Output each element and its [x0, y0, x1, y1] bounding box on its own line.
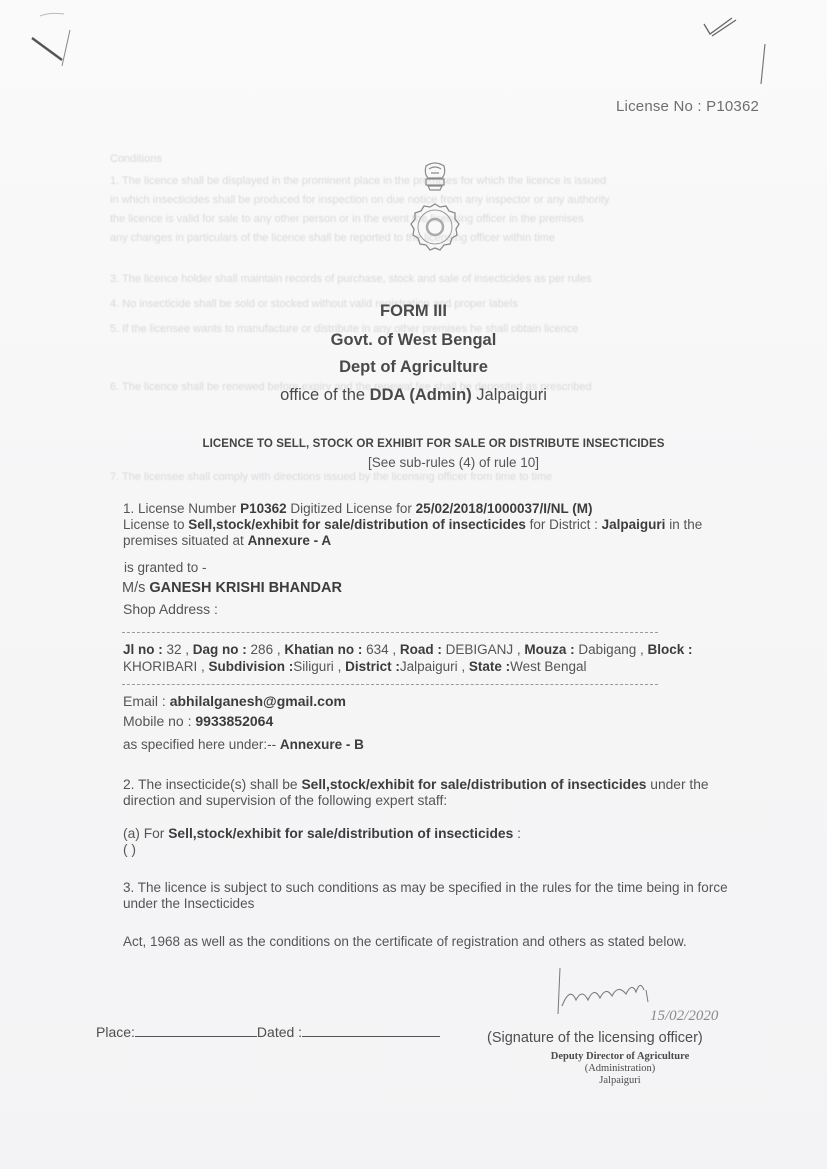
form-number: FORM III — [0, 302, 827, 321]
email-line: Email : abhilalganesh@gmail.com — [123, 693, 743, 709]
address-field-value: DEBIGANJ — [446, 642, 514, 657]
place-field — [135, 1036, 257, 1037]
license-number-value: P10362 — [240, 501, 287, 516]
address-field-value: Jalpaiguri — [400, 659, 458, 674]
government-name: Govt. of West Bengal — [0, 331, 827, 350]
pen-mark-icon — [755, 40, 775, 90]
divider — [122, 632, 658, 633]
address-field-label: District : — [345, 659, 400, 674]
licence-title: LICENCE TO SELL, STOCK OR EXHIBIT FOR SA… — [0, 438, 827, 450]
scanned-licence-page: Conditions 1. The licence shall be displ… — [0, 0, 827, 1169]
address-field-label: Subdivision : — [209, 659, 294, 674]
address-field-label: Road : — [400, 642, 446, 657]
firm-name: M/s GANESH KRISHI BHANDAR — [122, 580, 742, 596]
license-number-header: License No : P10362 — [616, 98, 759, 115]
place-dated-row: Place:Dated : — [96, 1024, 440, 1040]
granted-to-label: is granted to - — [124, 560, 744, 576]
divider — [122, 684, 658, 685]
address-field-value: 634 — [366, 642, 389, 657]
expert-staff-line: (a) For Sell,stock/exhibit for sale/dist… — [123, 826, 743, 858]
department-name: Dept of Agriculture — [0, 358, 827, 377]
signature-caption: (Signature of the licensing officer) — [487, 1030, 703, 1046]
address-field-value: Siliguri — [293, 659, 334, 674]
officer-stamp: Deputy Director of Agriculture (Administ… — [520, 1051, 720, 1087]
email-value: abhilalganesh@gmail.com — [170, 693, 346, 709]
section-2-paragraph: 2. The insecticide(s) shall be Sell,stoc… — [123, 777, 733, 809]
svg-text:15/02/2020: 15/02/2020 — [650, 1008, 719, 1024]
section-3-paragraph: 3. The licence is subject to such condit… — [123, 880, 733, 912]
address-field-label: Khatian no : — [284, 642, 366, 657]
bleed-through-text: 7. The licensee shall comply with direct… — [110, 468, 750, 487]
address-field-label: State : — [469, 659, 510, 674]
dated-field — [302, 1036, 440, 1037]
mobile-line: Mobile no : 9933852064 — [123, 713, 743, 729]
address-field-label: Dag no : — [193, 642, 251, 657]
handwritten-signature-icon: 15/02/2020 — [540, 966, 740, 1036]
address-field-value: Dabigang — [578, 642, 636, 657]
dated-label: Dated : — [257, 1024, 302, 1040]
place-label: Place: — [96, 1024, 135, 1040]
activity-value: Sell,stock/exhibit for sale/distribution… — [188, 517, 526, 532]
address-field-value: 286 — [251, 642, 274, 657]
address-field-label: Jl no : — [123, 642, 167, 657]
tick-mark-icon — [700, 12, 750, 42]
mobile-value: 9933852064 — [195, 713, 273, 729]
address-field-label: Mouza : — [524, 642, 578, 657]
section-1-paragraph: 1. License Number P10362 Digitized Licen… — [123, 501, 743, 549]
address-field-value: KHORIBARI — [123, 659, 197, 674]
shop-address-label: Shop Address : — [123, 601, 743, 617]
district-value: Jalpaiguri — [602, 517, 666, 532]
expert-staff-value: ( ) — [123, 842, 136, 857]
office-name: office of the DDA (Admin) Jalpaiguri — [0, 386, 827, 405]
digitized-reference: 25/02/2018/1000037/I/NL (M) — [416, 501, 593, 516]
national-emblem-icon — [400, 160, 470, 280]
sub-rule-reference: [See sub-rules (4) of rule 10] — [0, 455, 827, 470]
west-bengal-seal-icon — [411, 204, 459, 250]
address-field-label: Block : — [647, 642, 692, 657]
address-field-value: 32 — [167, 642, 182, 657]
annexure-b-line: as specified here under:-- Annexure - B — [123, 737, 743, 753]
pen-mark-icon — [20, 10, 100, 70]
address-field-value: West Bengal — [510, 659, 586, 674]
shop-address-value: Jl no : 32 , Dag no : 286 , Khatian no :… — [123, 641, 743, 675]
annexure-a-value: Annexure - A — [248, 533, 332, 548]
section-3-continued: Act, 1968 as well as the conditions on t… — [123, 934, 708, 950]
